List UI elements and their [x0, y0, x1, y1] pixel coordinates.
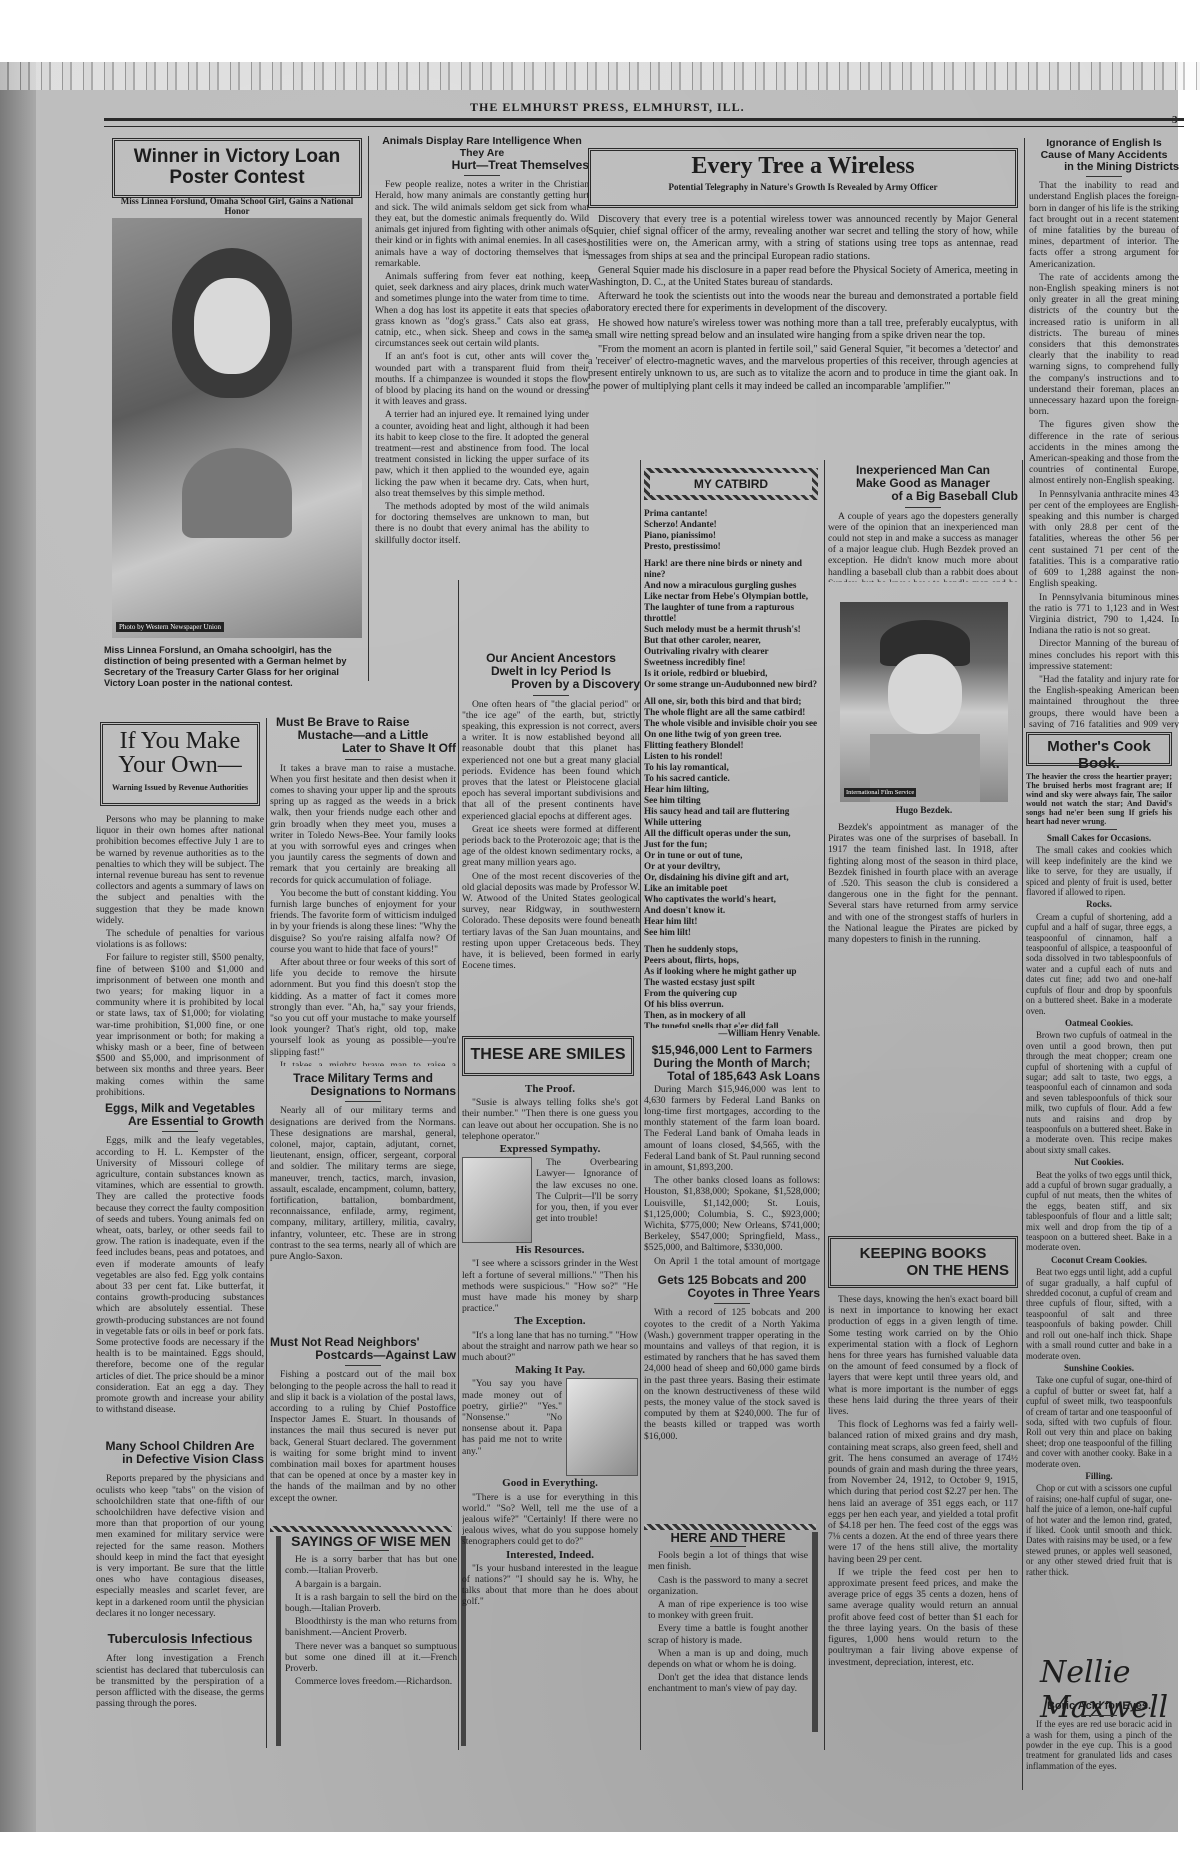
- joke-text: "I see where a scissors grinder in the W…: [462, 1258, 638, 1314]
- paragraph: After about three or four weeks of this …: [270, 957, 456, 1058]
- saying: A bargain is a bargain.: [285, 1579, 457, 1590]
- hens-header-box: KEEPING BOOKS ON THE HENS: [828, 1236, 1018, 1288]
- masthead-rule: [104, 118, 1184, 121]
- poem-line: The whole visible and invisible choir yo…: [644, 718, 820, 729]
- paragraph: Discovery that every tree is a potential…: [588, 214, 1018, 263]
- here-there-headline: HERE AND THERE: [648, 1532, 808, 1543]
- cookbook-header-box: Mother's Cook Book.: [1026, 732, 1172, 766]
- cookbook-headline: Mother's Cook Book.: [1029, 739, 1169, 772]
- vision-headline-2: in Defective Vision Class: [96, 1453, 264, 1466]
- baseball-article-bottom: Bezdek's appointment as manager of the P…: [828, 822, 1018, 1052]
- make-your-own-box: If You Make Your Own— Warning Issued by …: [100, 722, 260, 806]
- recipe-title: Rocks.: [1026, 899, 1172, 909]
- saying: It is a rash bargain to sell the bird on…: [285, 1592, 457, 1614]
- joke-text: "Susie is always telling folks she's got…: [462, 1097, 638, 1142]
- poem-line: But that other caroler, nearer,: [644, 635, 820, 646]
- photo-credit: International Film Service: [844, 788, 916, 797]
- farmers-headline-3: Total of 185,643 Ask Loans: [644, 1070, 820, 1083]
- catbird-author: —William Henry Venable.: [680, 1028, 820, 1038]
- paragraph: Bezdek's appointment as manager of the P…: [828, 822, 1018, 945]
- cartoon-lawyer-illustration: [462, 1157, 532, 1243]
- cookbook-verse: The heavier the cross the heartier praye…: [1026, 772, 1172, 826]
- paragraph: The figures given show the difference in…: [1029, 419, 1179, 486]
- bobcats-headline-2: Coyotes in Three Years: [644, 1287, 820, 1300]
- poem-line: Or some strange un-Audubonned new bird?: [644, 679, 820, 690]
- paragraph: Animals suffering from fever eat nothing…: [375, 271, 589, 349]
- poem-line: On one lithe twig of yon green tree.: [644, 729, 820, 740]
- catbird-header-border: MY CATBIRD: [644, 468, 818, 500]
- recipe-text: Beat the yolks of two eggs until thick, …: [1026, 1170, 1172, 1253]
- victory-loan-header-box: Winner in Victory Loan Poster Contest: [112, 138, 362, 198]
- paragraph: Director Manning of the bureau of mines …: [1029, 638, 1179, 672]
- boric-headline: Boric Acid for Eyes.: [1026, 1700, 1172, 1712]
- column-rule: [640, 460, 641, 1750]
- military-article: Trace Military Terms and Designations to…: [270, 1072, 456, 1332]
- joke-title: Expressed Sympathy.: [462, 1144, 638, 1155]
- recipe-text: Cream a cupful of shortening, add a cupf…: [1026, 912, 1172, 1016]
- recipe-title: Sunshine Cookies.: [1026, 1363, 1172, 1373]
- victory-loan-subhead: Miss Linnea Forslund, Omaha School Girl,…: [112, 196, 362, 216]
- portrait-face: [194, 278, 270, 374]
- paragraph: Afterward he took the scientists out int…: [588, 291, 1018, 315]
- saying: When a man is up and doing, much depends…: [648, 1648, 808, 1670]
- poem-line: Prima cantante!: [644, 508, 820, 519]
- recipe-text: Brown two cupfuls of oatmeal in the oven…: [1026, 1030, 1172, 1155]
- wireless-header-box: Every Tree a Wireless Potential Telegrap…: [588, 148, 1018, 208]
- page-binding-edge: [0, 62, 36, 1832]
- tuberculosis-headline: Tuberculosis Infectious: [96, 1632, 264, 1646]
- animals-headline-2: Hurt—Treat Themselves: [375, 159, 589, 172]
- poem-line: Just for the fun;: [644, 839, 820, 850]
- paragraph: Fishing a postcard out of the mail box b…: [270, 1369, 456, 1503]
- poem-line: To his lay romantical,: [644, 762, 820, 773]
- paragraph: General Squier made his disclosure in a …: [588, 265, 1018, 289]
- recipe-title: Coconut Cream Cookies.: [1026, 1255, 1172, 1265]
- poem-line: To his sacred canticle.: [644, 773, 820, 784]
- poem-line: Or in tune or out of tune,: [644, 850, 820, 861]
- farmers-article: $15,946,000 Lent to Farmers During the M…: [644, 1044, 820, 1268]
- saying: Cash is the password to many a secret or…: [648, 1575, 808, 1597]
- paragraph: The methods adopted by most of the wild …: [375, 501, 589, 546]
- recipe-text: The small cakes and cookies which will k…: [1026, 845, 1172, 897]
- joke-title: Interested, Indeed.: [462, 1550, 638, 1561]
- make-your-own-subhead: Warning Issued by Revenue Authorities: [103, 783, 257, 792]
- poem-line: Piano, pianissimo!: [644, 530, 820, 541]
- military-headline-2: Designations to Normans: [270, 1085, 456, 1098]
- make-your-own-headline: If You Make Your Own—: [103, 729, 257, 777]
- baseball-article-top: Inexperienced Man Can Make Good as Manag…: [828, 464, 1018, 582]
- smiles-header-box: THESE ARE SMILES: [462, 1036, 634, 1076]
- column-rule: [266, 718, 267, 1748]
- paragraph: He showed how nature's wireless tower wa…: [588, 318, 1018, 342]
- wise-men-box: SAYINGS OF WISE MEN He is a sorry barber…: [276, 1536, 466, 1746]
- joke-text: "It's a long lane that has no turning." …: [462, 1330, 638, 1364]
- here-there-border-top: [644, 1524, 816, 1530]
- wise-men-border-top: [270, 1526, 452, 1532]
- portrait-face: [888, 654, 962, 734]
- cartoon-papa-illustration: [566, 1378, 638, 1476]
- poem-line: Hark! are there nine birds or ninety and…: [644, 558, 820, 580]
- make-your-own-body: Persons who may be planning to make liqu…: [96, 814, 264, 1099]
- paragraph: If an ant's foot is cut, other ants will…: [375, 351, 589, 407]
- poem-line: From the quivering cup: [644, 988, 820, 999]
- paragraph: The other banks closed loans as follows:…: [644, 1175, 820, 1253]
- paragraph: It takes a mighty brave man to raise a m…: [270, 1060, 456, 1066]
- poem-line: Like nectar from Hebe's Olympian bottle,: [644, 591, 820, 602]
- saying: Bloodthirsty is the man who returns from…: [285, 1616, 457, 1638]
- poem-line: All the difficult operas under the sun,: [644, 828, 820, 839]
- paragraph: After long investigation a French scient…: [96, 1653, 264, 1709]
- paragraph: The schedule of penalties for various vi…: [96, 928, 264, 950]
- wireless-body: Discovery that every tree is a potential…: [588, 214, 1018, 454]
- bobcats-article: Gets 125 Bobcats and 200 Coyotes in Thre…: [644, 1274, 820, 1524]
- poem-line: Outrivaling rivalry with clearer: [644, 646, 820, 657]
- eggs-headline-2: Are Essential to Growth: [96, 1115, 264, 1128]
- poem-line: Or at your deviltry,: [644, 861, 820, 872]
- ancestors-headline-3: Proven by a Discovery: [462, 678, 640, 691]
- cookbook-body: The heavier the cross the heartier praye…: [1026, 772, 1172, 1652]
- poem-line: All one, sir, both this bird and that bi…: [644, 696, 820, 707]
- recipe-text: Chop or cut with a scissors one cupful o…: [1026, 1483, 1172, 1577]
- joke-text: The Overbearing Lawyer— Ignorance of the…: [536, 1157, 638, 1243]
- masthead: THE ELMHURST PRESS, ELMHURST, ILL.: [470, 100, 745, 115]
- paragraph: In Pennsylvania anthracite mines 43 per …: [1029, 489, 1179, 590]
- poem-line: And now a miraculous gurgling gushes: [644, 580, 820, 591]
- poem-line: Of his bliss overrun.: [644, 999, 820, 1010]
- paragraph: A couple of years ago the dopesters gene…: [828, 511, 1018, 582]
- saying: Don't get the idea that distance lends e…: [648, 1672, 808, 1694]
- paragraph: A terrier had an injured eye. It remaine…: [375, 409, 589, 499]
- poem-line: Scherzo! Andante!: [644, 519, 820, 530]
- poem-line: Who captivates the world's heart,: [644, 894, 820, 905]
- poem-line: The whole flight are all the same catbir…: [644, 707, 820, 718]
- poem-line: Then he suddenly stops,: [644, 944, 820, 955]
- recipe-text: Take one cupful of sugar, one-third of a…: [1026, 1375, 1172, 1469]
- saying: A man of ripe experience is too wise to …: [648, 1599, 808, 1621]
- poem-line: The wasted ecstasy just spilt: [644, 977, 820, 988]
- mining-headline-3: in the Mining Districts: [1029, 161, 1179, 173]
- postcards-headline-2: Postcards—Against Law: [270, 1349, 456, 1362]
- eggs-article: Eggs, Milk and Vegetables Are Essential …: [96, 1102, 264, 1438]
- masthead-rule-thin: [104, 126, 1184, 127]
- here-there-box: HERE AND THERE Fools begin a lot of thin…: [644, 1532, 818, 1732]
- saying: He is a sorry barber that has but one co…: [285, 1554, 457, 1576]
- poem-line: Listen to his rondel!: [644, 751, 820, 762]
- photo-credit: Photo by Western Newspaper Union: [116, 622, 224, 632]
- paragraph: If we triple the feed cost per hen to ap…: [828, 1567, 1018, 1668]
- paragraph: One of the most recent discoveries of th…: [462, 871, 640, 972]
- ancestors-article: Our Ancient Ancestors Dwelt in Icy Perio…: [462, 652, 640, 1012]
- poem-line: Or, disdaining his divine gift and art,: [644, 872, 820, 883]
- joke-text: "There is a use for everything in this w…: [462, 1492, 638, 1548]
- paragraph: If the eyes are red use boracic acid in …: [1026, 1719, 1172, 1771]
- joke-title: The Exception.: [462, 1316, 638, 1327]
- mining-headline-2: Cause of Many Accidents: [1029, 150, 1179, 162]
- paragraph: You become the butt of constant kidding.…: [270, 888, 456, 955]
- paragraph: Nearly all of our military terms and des…: [270, 1105, 456, 1262]
- paragraph: Persons who may be planning to make liqu…: [96, 814, 264, 926]
- paragraph: Great ice sheets were formed at differen…: [462, 824, 640, 869]
- poem-line: Presto, prestissimo!: [644, 541, 820, 552]
- poem-line: And doesn't know it.: [644, 905, 820, 916]
- victory-loan-headline: Winner in Victory Loan Poster Contest: [115, 147, 359, 189]
- wireless-headline: Every Tree a Wireless: [591, 153, 1015, 179]
- poem-line: Is it oriole, redbird or bluebird,: [644, 668, 820, 679]
- poem-line: Flitting feathery Blondel!: [644, 740, 820, 751]
- joke-title: His Resources.: [462, 1245, 638, 1256]
- forslund-photo: Photo by Western Newspaper Union: [112, 218, 362, 638]
- saying: There never was a banquet so sumptuous b…: [285, 1641, 457, 1675]
- recipe-title: Nut Cookies.: [1026, 1157, 1172, 1167]
- hens-headline-2: ON THE HENS: [831, 1262, 1015, 1279]
- paragraph: On April 1 the total amount of mortgage …: [644, 1256, 820, 1268]
- poem-line: As if looking where he might gather up: [644, 966, 820, 977]
- paragraph: Eggs, milk and the leafy vegetables, acc…: [96, 1135, 264, 1415]
- column-rule: [458, 580, 459, 1750]
- paragraph: That the inability to read and understan…: [1029, 180, 1179, 270]
- poem-line: The laughter of tune from a rapturous th…: [644, 602, 820, 624]
- forslund-caption: Miss Linnea Forslund, an Omaha schoolgir…: [104, 645, 362, 689]
- column-rule: [1022, 460, 1023, 1790]
- joke-title: Good in Everything.: [462, 1478, 638, 1489]
- wireless-subhead: Potential Telegraphy in Nature's Growth …: [591, 183, 1015, 193]
- mustache-headline-3: Later to Shave It Off: [270, 742, 456, 755]
- joke-text: "You say you have made money out of poet…: [462, 1378, 562, 1476]
- vision-article: Many School Children Are in Defective Vi…: [96, 1440, 264, 1628]
- mining-headline-1: Ignorance of English Is: [1029, 138, 1179, 150]
- poem-line: Hear him lilting,: [644, 784, 820, 795]
- poem-line: Peers about, flirts, hops,: [644, 955, 820, 966]
- boric-acid-article: Boric Acid for Eyes. If the eyes are red…: [1026, 1700, 1172, 1780]
- poem-line: The tuneful spells that e'er did fall: [644, 1021, 820, 1028]
- paragraph: Few people realize, notes a writer in th…: [375, 179, 589, 269]
- saying: Fools begin a lot of things that wise me…: [648, 1550, 808, 1572]
- recipe-title: Small Cakes for Occasions.: [1026, 833, 1172, 843]
- joke-text: "Is your husband interested in the leagu…: [462, 1563, 638, 1608]
- baseball-headline-3: of a Big Baseball Club: [828, 490, 1018, 503]
- saying: Every time a battle is fought another sc…: [648, 1623, 808, 1645]
- mining-article: Ignorance of English Is Cause of Many Ac…: [1024, 138, 1179, 728]
- paragraph: Reports prepared by the physicians and o…: [96, 1473, 264, 1619]
- paragraph: "Had the fatality and injury rate for th…: [1029, 674, 1179, 728]
- recipe-text: Beat two eggs until light, add a cupful …: [1026, 1267, 1172, 1361]
- scan-noise: [0, 62, 1200, 90]
- paragraph: During March $15,946,000 was lent to 4,6…: [644, 1084, 820, 1174]
- wise-men-headline: SAYINGS OF WISE MEN: [285, 1536, 457, 1547]
- paragraph: In Pennsylvania bituminous mines the rat…: [1029, 592, 1179, 637]
- catbird-headline: MY CATBIRD: [650, 477, 812, 491]
- paragraph: This flock of Leghorns was fed a fairly …: [828, 1419, 1018, 1565]
- poem-line: Then, as in mockery of all: [644, 1010, 820, 1021]
- animals-article: Animals Display Rare Intelligence When T…: [368, 136, 589, 681]
- poem-line: Like an imitable poet: [644, 883, 820, 894]
- bezdek-photo: International Film Service: [840, 602, 1008, 802]
- poem-line: Hear him lilt!: [644, 916, 820, 927]
- poem-line: While uttering: [644, 817, 820, 828]
- paragraph: For failure to register still, $500 pena…: [96, 952, 264, 1098]
- joke-title: Making It Pay.: [462, 1365, 638, 1376]
- paragraph: With a record of 125 bobcats and 200 coy…: [644, 1307, 820, 1441]
- postcards-article: Must Not Read Neighbors' Postcards—Again…: [270, 1336, 456, 1512]
- recipe-title: Filling.: [1026, 1471, 1172, 1481]
- column-rule: [824, 460, 825, 1750]
- poem-line: See him lilt!: [644, 927, 820, 938]
- poem-line: Such melody must be a hermit thrush's!: [644, 624, 820, 635]
- catbird-poem: Prima cantante! Scherzo! Andante! Piano,…: [644, 508, 820, 1028]
- animals-headline-1: Animals Display Rare Intelligence When T…: [375, 136, 589, 159]
- paragraph: One often hears of "the glacial period" …: [462, 699, 640, 822]
- tuberculosis-article: Tuberculosis Infectious After long inves…: [96, 1632, 264, 1742]
- paragraph: The rate of accidents among the non-Engl…: [1029, 272, 1179, 418]
- paragraph: "From the moment an acorn is planted in …: [588, 344, 1018, 393]
- mustache-article: Must Be Brave to Raise Mustache—and a Li…: [270, 716, 456, 1066]
- smiles-body: The Proof. "Susie is always telling folk…: [462, 1082, 638, 1742]
- joke-title: The Proof.: [462, 1084, 638, 1095]
- saying: Commerce loves freedom.—Richardson.: [285, 1676, 457, 1687]
- hens-body: These days, knowing the hen's exact boar…: [828, 1294, 1018, 1754]
- bezdek-caption: Hugo Bezdek.: [840, 806, 1008, 816]
- hens-headline-1: KEEPING BOOKS: [831, 1245, 1015, 1262]
- poem-line: See him tilting: [644, 795, 820, 806]
- poem-line: Sweetness incredibly fine!: [644, 657, 820, 668]
- smiles-headline: THESE ARE SMILES: [465, 1046, 631, 1064]
- paragraph: These days, knowing the hen's exact boar…: [828, 1294, 1018, 1417]
- poem-line: His saucy head and tail are fluttering: [644, 806, 820, 817]
- german-helmet: [182, 448, 292, 538]
- recipe-title: Oatmeal Cookies.: [1026, 1018, 1172, 1028]
- paragraph: It takes a brave man to raise a mustache…: [270, 763, 456, 886]
